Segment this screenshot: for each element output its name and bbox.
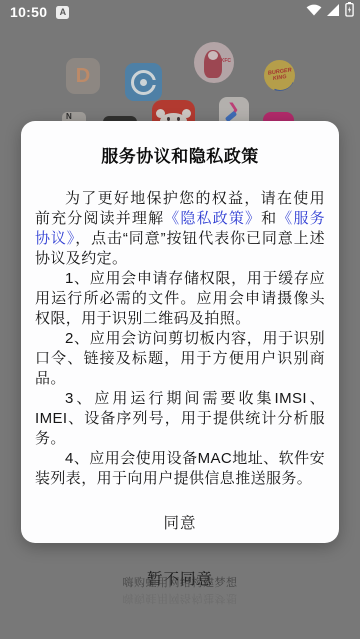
android-screen: 10:50 A D KFC BURGER KING N — [0, 0, 360, 639]
term-item-1: 1、应用会申请存储权限，用于缓存应用运行所必需的文件。应用会申请摄像头权限，用于… — [35, 269, 325, 329]
intro-paragraph: 为了更好地保护您的权益，请在使用前充分阅读并理解《隐私政策》和《服务协议》，点击… — [35, 189, 325, 269]
term-item-4: 4、应用会使用设备MAC地址、软件安装列表，用于向用户提供信息推送服务。 — [35, 449, 325, 489]
term-item-3: 3、应用运行期间需要收集IMSI、IMEI、设备序列号，用于提供统计分析服务。 — [35, 389, 325, 449]
privacy-policy-link[interactable]: 《隐私政策》 — [164, 210, 261, 227]
notification-icon: A — [56, 6, 69, 19]
wifi-icon — [306, 3, 322, 21]
app-icon-blue-e — [125, 63, 162, 101]
app-icon-partial-bear — [152, 100, 195, 121]
cellular-signal-icon — [327, 3, 340, 21]
burger-king-label-bottom: KING — [272, 75, 286, 82]
blue-e-glyph — [131, 70, 156, 95]
intro-seg2: 和 — [261, 210, 277, 227]
dialog-title: 服务协议和隐私政策 — [35, 142, 325, 167]
battery-charging-icon — [345, 2, 354, 22]
launcher-slogan-reflection: 嗨购蛙用网络构建梦想 — [0, 591, 360, 607]
dialog-body: 为了更好地保护您的权益，请在使用前充分阅读并理解《隐私政策》和《服务协议》，点击… — [35, 189, 325, 489]
status-time: 10:50 — [10, 4, 47, 20]
term-item-2: 2、应用会访问剪切板内容，用于识别口令、链接及标题，用于方便用户识别商品。 — [35, 329, 325, 389]
status-bar-right — [306, 2, 354, 22]
status-bar-left: 10:50 A — [10, 4, 69, 20]
privacy-policy-dialog: 服务协议和隐私政策 为了更好地保护您的权益，请在使用前充分阅读并理解《隐私政策》… — [21, 121, 339, 543]
app-icon-burger-king: BURGER KING — [264, 60, 295, 91]
status-bar: 10:50 A — [0, 0, 360, 24]
app-icon-didi: D — [66, 58, 100, 94]
kfc-colonel-face — [208, 51, 218, 60]
kfc-label: KFC — [221, 58, 231, 64]
disagree-button[interactable]: 暂不同意 — [107, 565, 253, 591]
agree-button[interactable]: 同意 — [123, 509, 236, 535]
app-icon-partial-arrow: ❯ — [219, 97, 249, 122]
intro-seg3: ，点击“同意”按钮代表你已同意上述协议及约定。 — [35, 230, 325, 267]
app-icon-kfc: KFC — [194, 42, 234, 83]
didi-glyph: D — [76, 65, 90, 88]
